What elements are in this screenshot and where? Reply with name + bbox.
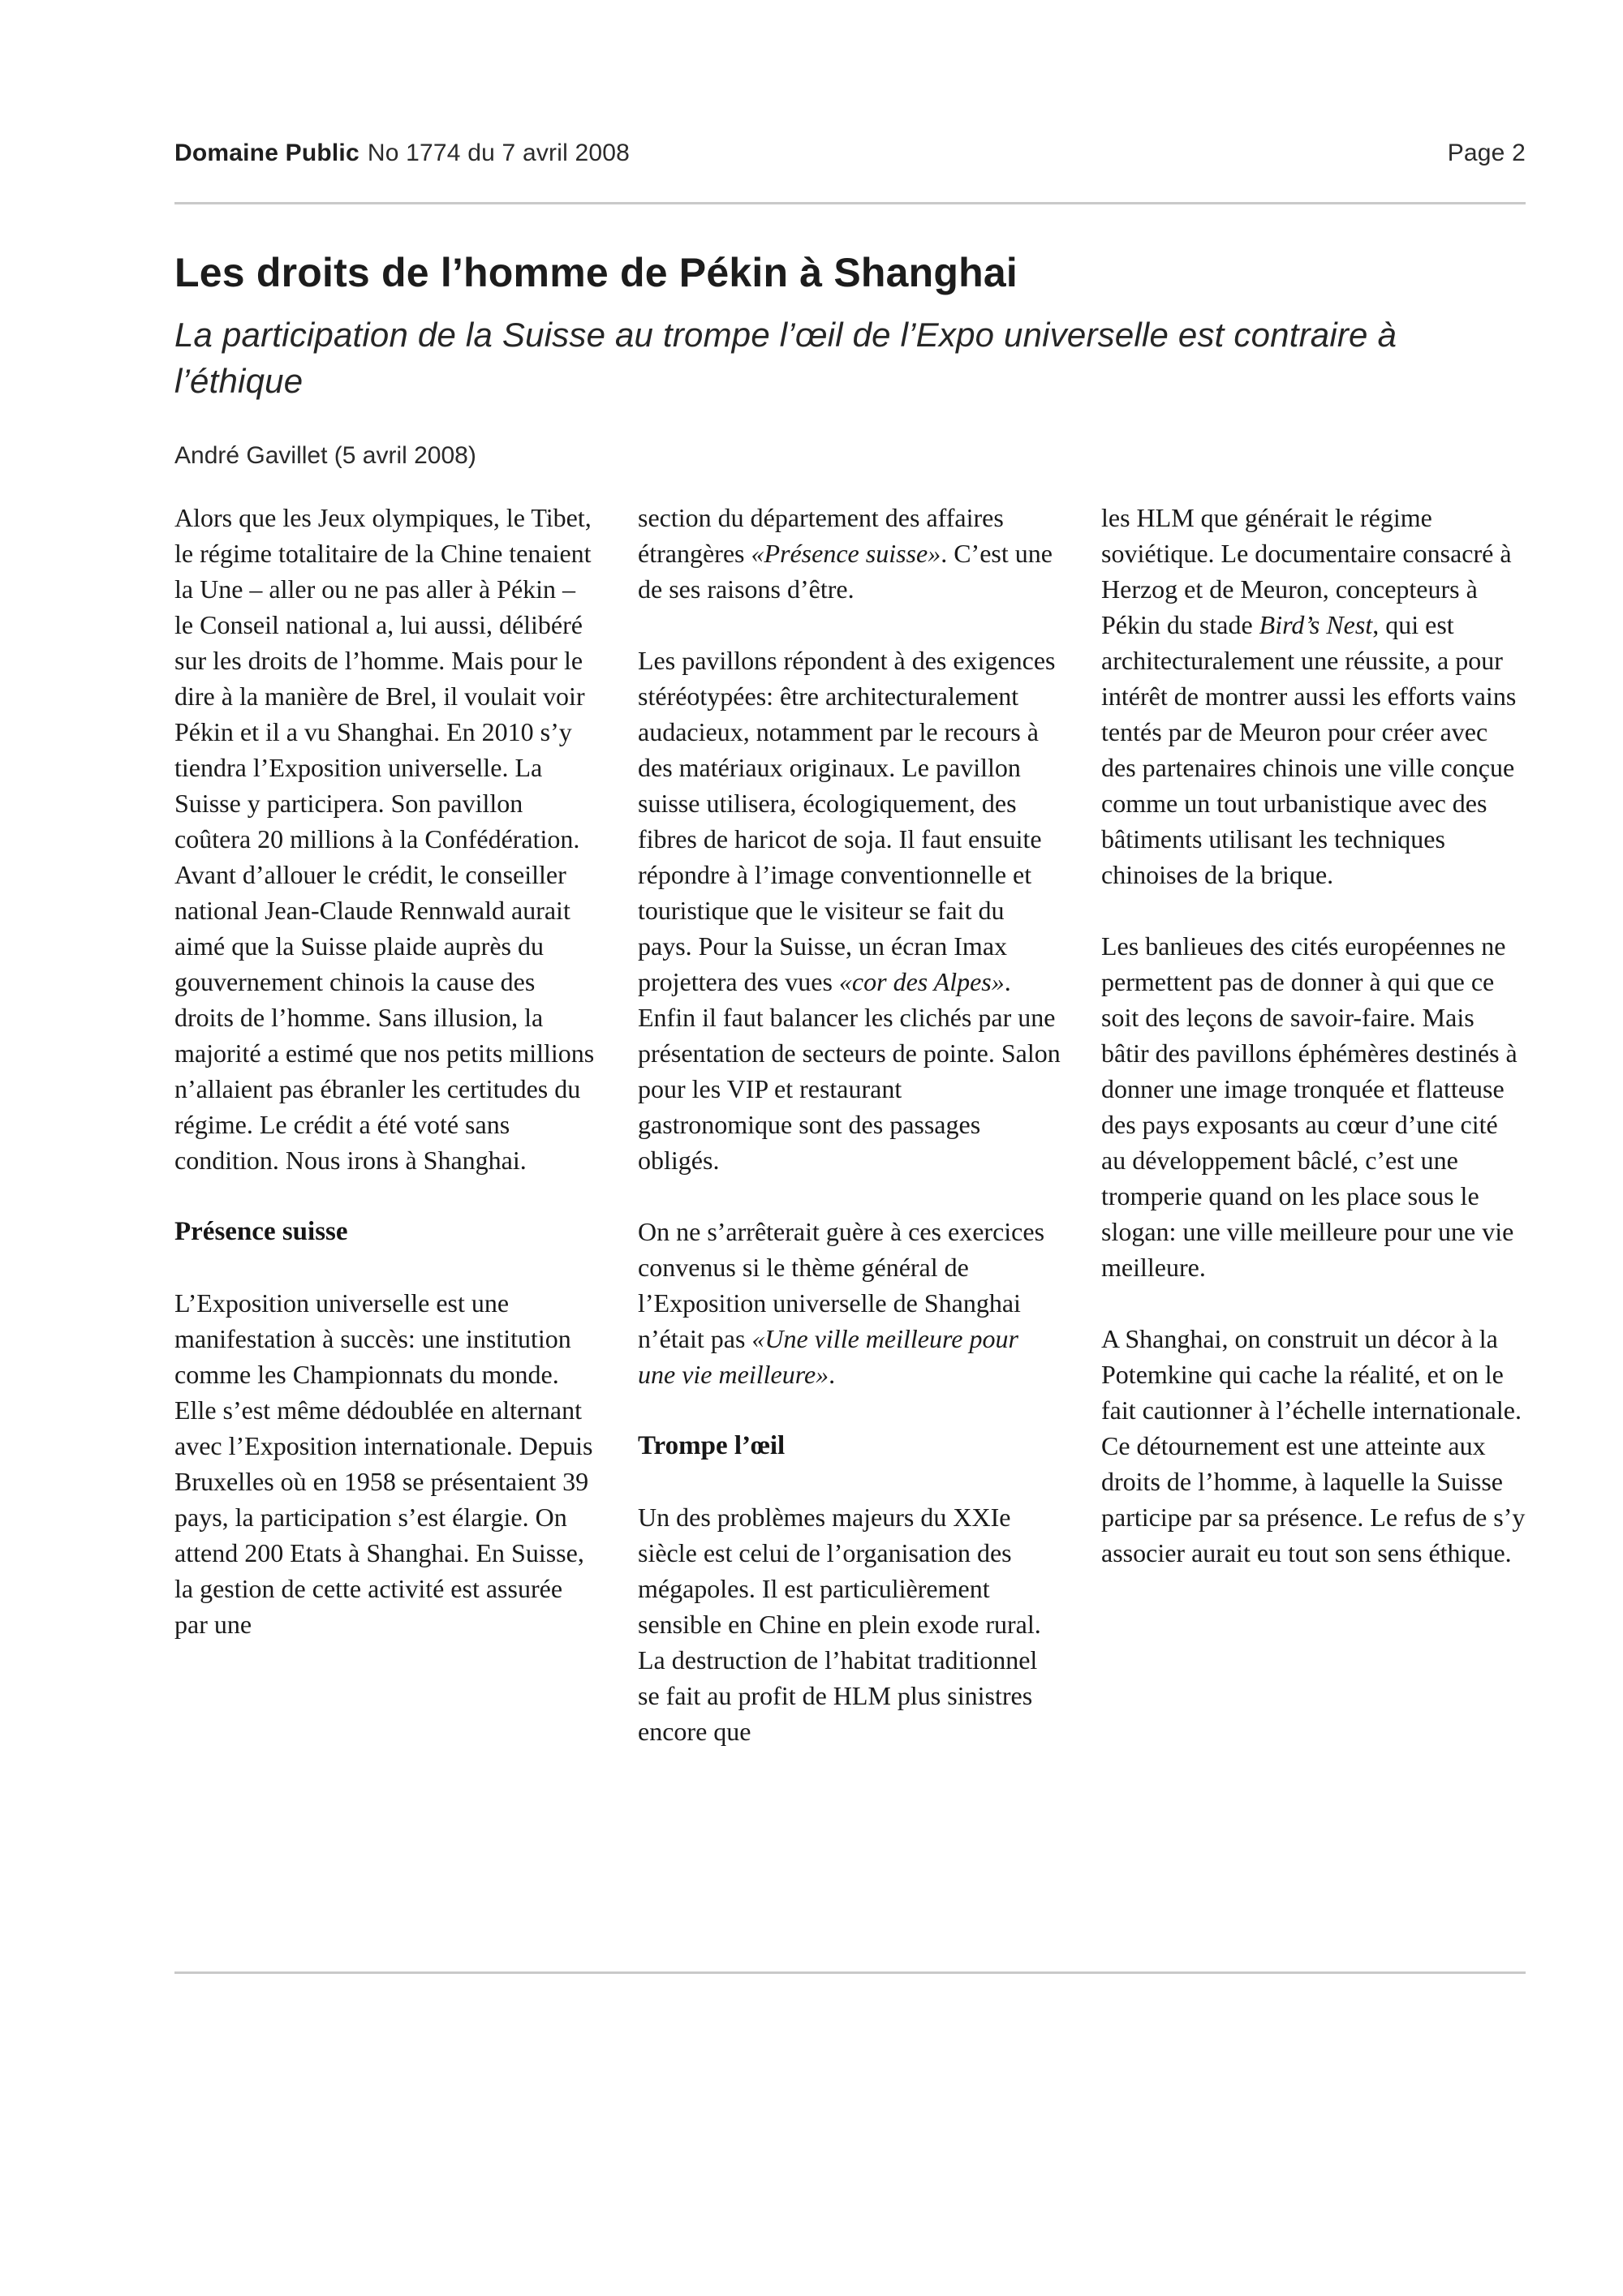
text-run: Les pavillons répondent à des exigences … bbox=[638, 646, 1056, 996]
page-number: Page 2 bbox=[1448, 140, 1526, 167]
article-columns: Alors que les Jeux olympiques, le Tibet,… bbox=[174, 500, 1526, 1785]
paragraph: les HLM que générait le régime soviétiqu… bbox=[1101, 500, 1526, 892]
masthead-left: Domaine PublicNo 1774 du 7 avril 2008 bbox=[174, 140, 630, 167]
text-run: Présence suisse bbox=[174, 1217, 348, 1246]
article-byline: André Gavillet (5 avril 2008) bbox=[174, 442, 476, 470]
text-run: Bird’s Nest bbox=[1259, 610, 1373, 639]
text-run: «Présence suisse» bbox=[751, 539, 941, 568]
text-run: Les banlieues des cités européennes ne p… bbox=[1101, 931, 1518, 1282]
text-run: «cor des Alpes» bbox=[839, 967, 1005, 996]
text-run: A Shanghai, on construit un décor à la P… bbox=[1101, 1324, 1525, 1567]
article-title: Les droits de l’homme de Pékin à Shangha… bbox=[174, 248, 1531, 297]
text-run: , qui est architecturalement une réussit… bbox=[1101, 610, 1516, 889]
paragraph: Les pavillons répondent à des exigences … bbox=[638, 643, 1062, 1178]
column-2: section du département des affaires étra… bbox=[638, 500, 1062, 1785]
text-run: . Enfin il faut balancer les clichés par… bbox=[638, 967, 1061, 1175]
paragraph: A Shanghai, on construit un décor à la P… bbox=[1101, 1321, 1526, 1571]
text-run: . bbox=[829, 1360, 835, 1389]
section-heading: Présence suisse bbox=[174, 1214, 599, 1249]
text-run: Trompe l’œil bbox=[638, 1431, 785, 1460]
column-1: Alors que les Jeux olympiques, le Tibet,… bbox=[174, 500, 599, 1678]
paragraph: On ne s’arrêterait guère à ces exercices… bbox=[638, 1214, 1062, 1392]
document-page: Domaine PublicNo 1774 du 7 avril 2008 Pa… bbox=[0, 0, 1623, 2296]
paragraph: L’Exposition universelle est une manifes… bbox=[174, 1285, 599, 1642]
paragraph: Un des problèmes majeurs du XXIe siècle … bbox=[638, 1499, 1062, 1749]
article-subtitle: La participation de la Suisse au trompe … bbox=[174, 312, 1531, 404]
header-divider bbox=[174, 202, 1526, 204]
text-run: Alors que les Jeux olympiques, le Tibet,… bbox=[174, 503, 594, 1175]
paragraph: section du département des affaires étra… bbox=[638, 500, 1062, 607]
column-3: les HLM que générait le régime soviétiqu… bbox=[1101, 500, 1526, 1606]
section-heading: Trompe l’œil bbox=[638, 1428, 1062, 1464]
article-title-block: Les droits de l’homme de Pékin à Shangha… bbox=[174, 248, 1531, 404]
page-header: Domaine PublicNo 1774 du 7 avril 2008 Pa… bbox=[174, 140, 1526, 167]
publication-name: Domaine Public bbox=[174, 140, 359, 166]
issue-info: No 1774 du 7 avril 2008 bbox=[368, 140, 630, 166]
text-run: Un des problèmes majeurs du XXIe siècle … bbox=[638, 1503, 1041, 1746]
text-run: L’Exposition universelle est une manifes… bbox=[174, 1288, 592, 1639]
paragraph: Alors que les Jeux olympiques, le Tibet,… bbox=[174, 500, 599, 1178]
paragraph: Les banlieues des cités européennes ne p… bbox=[1101, 928, 1526, 1285]
footer-divider bbox=[174, 1971, 1526, 1974]
